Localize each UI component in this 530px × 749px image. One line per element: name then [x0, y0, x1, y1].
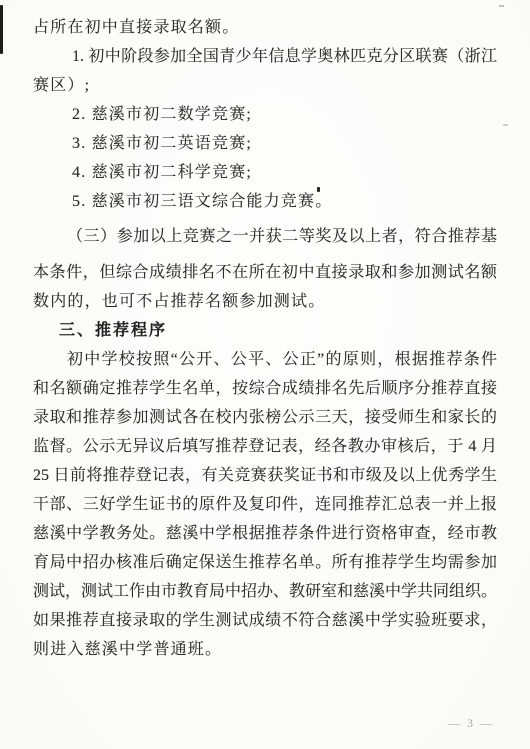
document-page: 占所在初中直接录取名额。1. 初中阶段参加全国青少年信息学奥林匹克分区联赛（浙江… [0, 0, 530, 749]
scan-artifact-speck-top-right [499, 5, 504, 7]
text-line: 育局中招办核准后确定保送生推荐名单。所有推荐学生均需参加 [33, 548, 497, 577]
text-line: 测试，测试工作由市教育局中招办、教研室和慈溪中学共同组织。 [33, 577, 497, 606]
text-line: 如果推荐直接录取的学生测试成绩不符合慈溪中学实验班要求， [33, 606, 497, 635]
text-line: 慈溪中学教务处。慈溪中学根据推荐条件进行资格审查，经市教 [33, 519, 497, 548]
text-line: （三）参加以上竞赛之一并获二等奖及以上者，符合推荐基 [33, 222, 497, 251]
text-line: 2. 慈溪市初二数学竞赛; [33, 100, 497, 129]
text-line: 干部、三好学生证书的原件及复印件，连同推荐汇总表一并上报 [33, 490, 497, 519]
text-line: 监督。公示无异议后填写推荐登记表，经各教办审核后，于 4 月 [33, 432, 497, 461]
text-line: 和名额确定推荐学生名单，按综合成绩排名先后顺序分推荐直接 [33, 374, 497, 403]
text-line: 初中学校按照“公开、公平、公正”的原则，根据推荐条件 [33, 345, 497, 374]
text-line: 本条件，但综合成绩排名不在所在初中直接录取和参加测试名额 [33, 258, 497, 287]
scan-artifact-left-edge [0, 5, 3, 54]
scan-artifact-ink-dot [317, 187, 320, 192]
text-line: 录取和推荐参加测试各在校内张榜公示三天，接受师生和家长的 [33, 403, 497, 432]
text-line: 数内的，也可不占推荐名额参加测试。 [33, 287, 497, 316]
text-line: 1. 初中阶段参加全国青少年信息学奥林匹克分区联赛（浙江 [33, 42, 497, 71]
text-line: 占所在初中直接录取名额。 [33, 13, 497, 42]
scan-artifact-speck-right [503, 124, 508, 126]
section-heading: 三、推荐程序 [33, 316, 497, 345]
text-line: 赛区）; [33, 71, 497, 100]
text-line: 则进入慈溪中学普通班。 [33, 635, 497, 664]
text-line: 5. 慈溪市初三语文综合能力竞赛。 [33, 187, 497, 216]
text-line: 3. 慈溪市初二英语竞赛; [33, 129, 497, 158]
page-number: — 3 — [448, 716, 494, 731]
text-line: 4. 慈溪市初二科学竞赛; [33, 158, 497, 187]
text-line: 25 日前将推荐登记表，有关竞赛获奖证书和市级及以上优秀学生 [33, 461, 497, 490]
document-body: 占所在初中直接录取名额。1. 初中阶段参加全国青少年信息学奥林匹克分区联赛（浙江… [33, 13, 497, 664]
